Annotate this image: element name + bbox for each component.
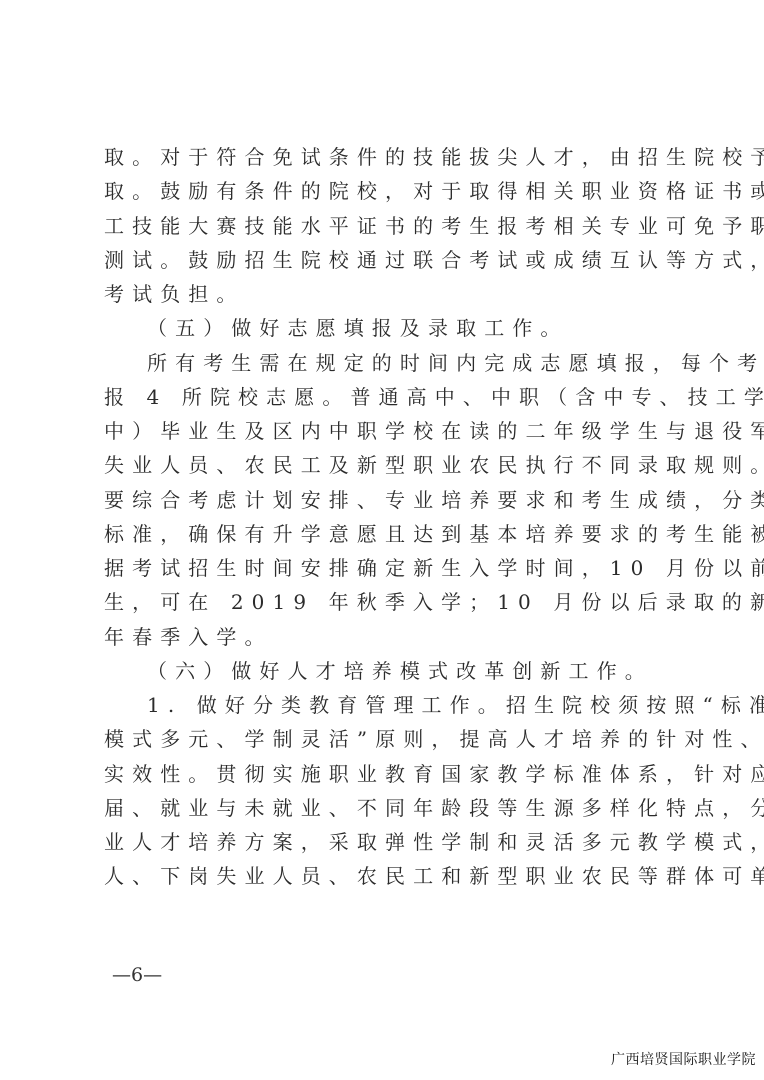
text-line: 失业人员、农民工及新型职业农民执行不同录取规则。招生院校	[104, 448, 684, 482]
text-line: 届、就业与未就业、不同年龄段等生源多样化特点，分类编制专	[104, 791, 684, 825]
text-line: 报 4 所院校志愿。普通高中、中职（含中专、技工学校、职业高	[104, 380, 684, 414]
text-line: （五）做好志愿填报及录取工作。	[104, 311, 684, 345]
text-line: 取。对于符合免试条件的技能拔尖人才，由招生院校予以免试录	[104, 140, 684, 174]
text-line: 实效性。贯彻实施职业教育国家教学标准体系，针对应届与非应	[104, 757, 684, 791]
text-line: 考试负担。	[104, 277, 684, 311]
page-number: —6—	[112, 962, 162, 988]
text-line: 1. 做好分类教育管理工作。招生院校须按照“标准不降、	[104, 688, 684, 722]
text-line: 据考试招生时间安排确定新生入学时间，10 月份以前录取的新	[104, 551, 684, 585]
text-line: 标准，确保有升学意愿且达到基本培养要求的考生能被录取；根	[104, 517, 684, 551]
text-line: 中）毕业生及区内中职学校在读的二年级学生与退役军人、下岗	[104, 414, 684, 448]
text-line: 生，可在 2019 年秋季入学；10 月份以后录取的新生，可在 2020	[104, 585, 684, 619]
text-line: 工技能大赛技能水平证书的考生报考相关专业可免予职业技能	[104, 209, 684, 243]
footer-organization-name: 广西培贤国际职业学院	[611, 1050, 756, 1070]
text-line: 测试。鼓励招生院校通过联合考试或成绩互认等方式，减轻考生	[104, 243, 684, 277]
document-page: 取。对于符合免试条件的技能拔尖人才，由招生院校予以免试录取。鼓励有条件的院校，对…	[0, 0, 764, 1080]
text-line: 业人才培养方案，采取弹性学制和灵活多元教学模式，对退役军	[104, 825, 684, 859]
text-line: 取。鼓励有条件的院校，对于取得相关职业资格证书或广西农民	[104, 174, 684, 208]
text-line: 人、下岗失业人员、农民工和新型职业农民等群体可单独编班。	[104, 859, 684, 893]
text-line: 所有考生需在规定的时间内完成志愿填报，每个考生可以填	[104, 346, 684, 380]
text-line: 年春季入学。	[104, 620, 684, 654]
text-line: 模式多元、学制灵活”原则，提高人才培养的针对性、适应性和	[104, 722, 684, 756]
document-body: 取。对于符合免试条件的技能拔尖人才，由招生院校予以免试录取。鼓励有条件的院校，对…	[104, 140, 684, 894]
text-line: 要综合考虑计划安排、专业培养要求和考生成绩，分类确定录取	[104, 483, 684, 517]
text-line: （六）做好人才培养模式改革创新工作。	[104, 654, 684, 688]
